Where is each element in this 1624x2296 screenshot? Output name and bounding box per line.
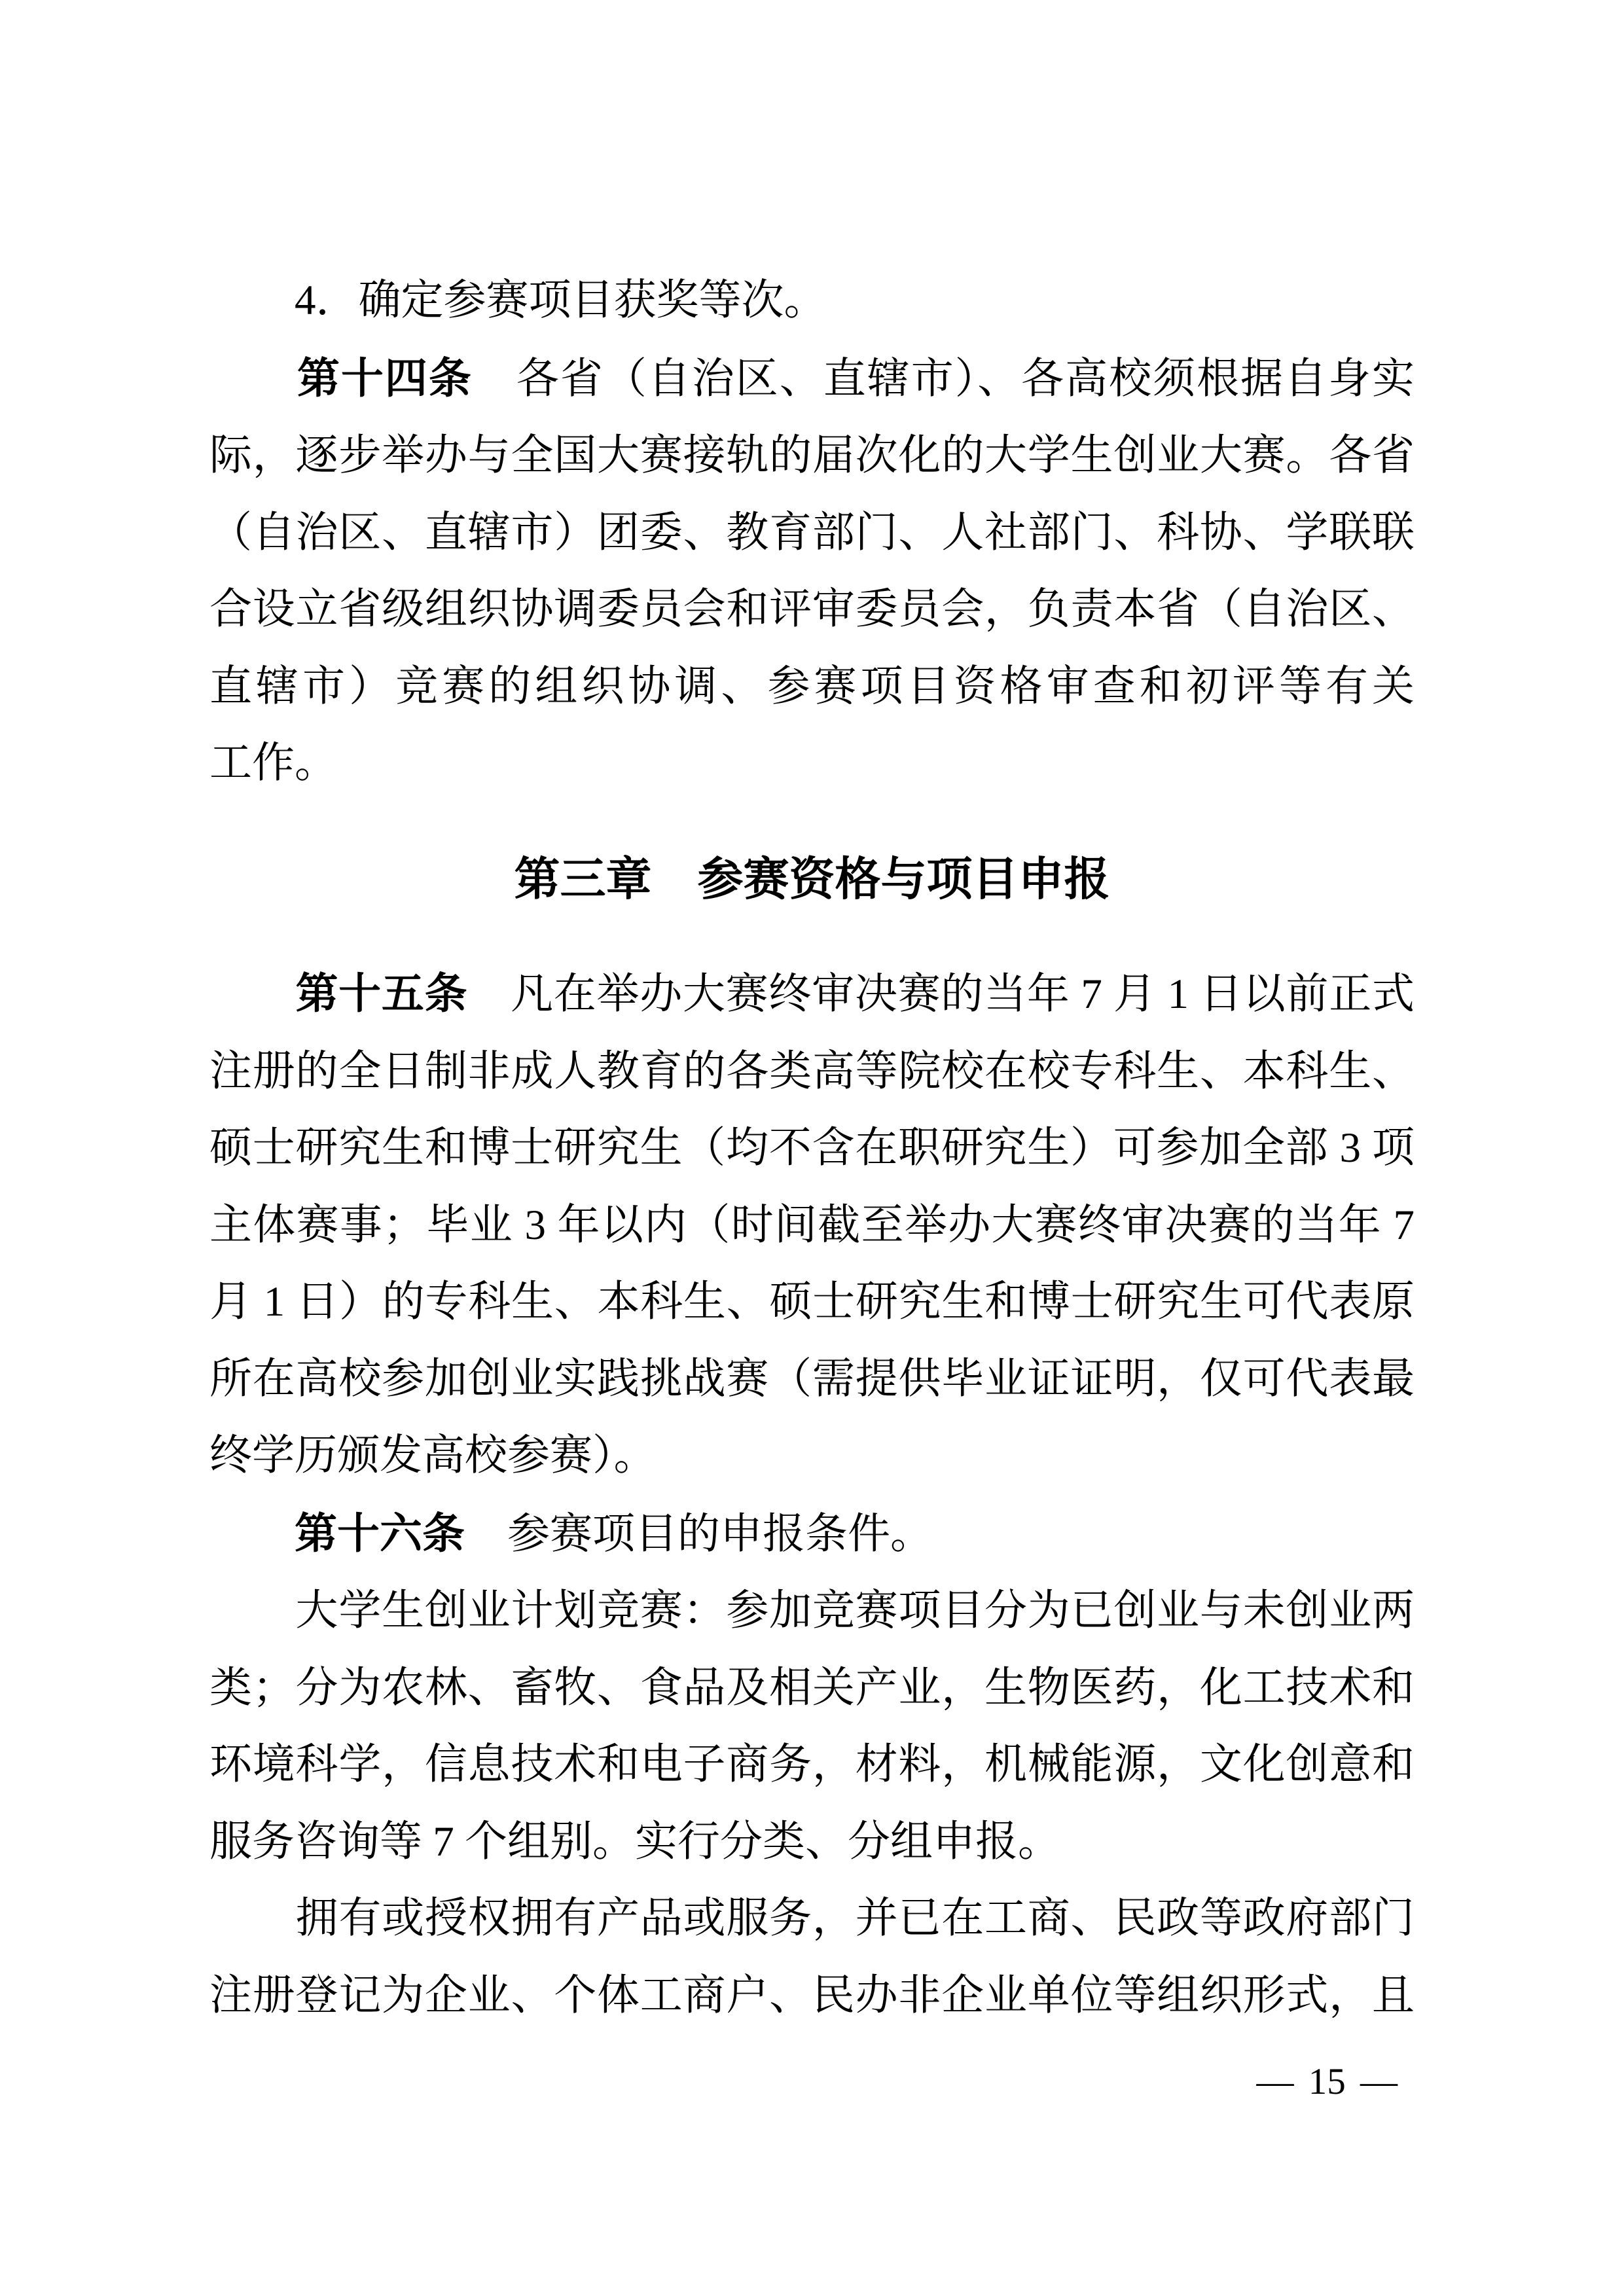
text-segment: 4．确定参赛项目获奖等次。: [209, 277, 827, 324]
text-line: 注册的全日制非成人教育的各类高等院校在校专科生、本科生、: [209, 1033, 1415, 1111]
text-line: 工作。: [209, 725, 1415, 802]
text-segment: 所在高校参加创业实践挑战赛（需提供毕业证证明，仅可代表最: [209, 1355, 1415, 1403]
text-line: 终学历颁发高校参赛）。: [209, 1418, 1415, 1495]
text-segment: 终学历颁发高校参赛）。: [209, 1432, 657, 1479]
text-segment: 各省（自治区、直辖市）、各高校须根据自身实: [473, 355, 1415, 403]
document-page: 4．确定参赛项目获奖等次。 第十四条 各省（自治区、直辖市）、各高校须根据自身实…: [0, 0, 1624, 2296]
text-segment: （自治区、直辖市）团委、教育部门、人社部门、科协、学联联: [209, 509, 1415, 556]
document-body: 4．确定参赛项目获奖等次。 第十四条 各省（自治区、直辖市）、各高校须根据自身实…: [209, 262, 1415, 2034]
text-segment: [209, 1511, 295, 1558]
text-segment: 注册的全日制非成人教育的各类高等院校在校专科生、本科生、: [209, 1048, 1415, 1095]
text-line: 主体赛事；毕业 3 年以内（时间截至举办大赛终审决赛的当年 7: [209, 1187, 1415, 1265]
page-number: — 15 —: [1257, 2063, 1398, 2100]
text-line: 类；分为农林、畜牧、食品及相关产业，生物医药，化工技术和: [209, 1650, 1415, 1727]
text-segment: 参赛项目的申报条件。: [465, 1511, 933, 1558]
text-segment: 工作。: [209, 740, 337, 787]
text-line: 4．确定参赛项目获奖等次。: [209, 262, 1415, 340]
text-segment: 环境科学，信息技术和电子商务，材料，机械能源，文化创意和: [209, 1741, 1415, 1788]
text-line: 硕士研究生和博士研究生（均不含在职研究生）可参加全部 3 项: [209, 1110, 1415, 1187]
text-segment: 凡在举办大赛终审决赛的当年 7 月 1 日以前正式: [467, 971, 1415, 1018]
text-line: 环境科学，信息技术和电子商务，材料，机械能源，文化创意和: [209, 1727, 1415, 1804]
text-segment: 注册登记为企业、个体工商户、民办非企业单位等组织形式，且: [209, 1972, 1415, 2019]
text-segment: 月 1 日）的专科生、本科生、硕士研究生和博士研究生可代表原: [209, 1278, 1415, 1325]
text-line: （自治区、直辖市）团委、教育部门、人社部门、科协、学联联: [209, 495, 1415, 572]
text-segment: 际，逐步举办与全国大赛接轨的届次化的大学生创业大赛。各省: [209, 432, 1415, 479]
text-line: 拥有或授权拥有产品或服务，并已在工商、民政等政府部门: [209, 1880, 1415, 1958]
text-line: 服务咨询等 7 个组别。实行分类、分组申报。: [209, 1804, 1415, 1881]
text-segment: 拥有或授权拥有产品或服务，并已在工商、民政等政府部门: [209, 1895, 1415, 1942]
text-segment: 大学生创业计划竞赛：参加竞赛项目分为已创业与未创业两: [209, 1587, 1415, 1634]
text-line: 第十六条 参赛项目的申报条件。: [209, 1495, 1415, 1573]
text-segment: 服务咨询等 7 个组别。实行分类、分组申报。: [209, 1818, 1060, 1865]
text-line: 第十四条 各省（自治区、直辖市）、各高校须根据自身实: [209, 340, 1415, 418]
text-line: 月 1 日）的专科生、本科生、硕士研究生和博士研究生可代表原: [209, 1264, 1415, 1341]
article-number: 第十五条: [295, 969, 467, 1017]
text-segment: 类；分为农林、畜牧、食品及相关产业，生物医药，化工技术和: [209, 1664, 1415, 1712]
text-line: 第十五条 凡在举办大赛终审决赛的当年 7 月 1 日以前正式: [209, 955, 1415, 1033]
text-line: 所在高校参加创业实践挑战赛（需提供毕业证证明，仅可代表最: [209, 1341, 1415, 1418]
text-line: 际，逐步举办与全国大赛接轨的届次化的大学生创业大赛。各省: [209, 418, 1415, 495]
text-line: 大学生创业计划竞赛：参加竞赛项目分为已创业与未创业两: [209, 1573, 1415, 1650]
text-segment: 合设立省级组织协调委员会和评审委员会，负责本省（自治区、: [209, 586, 1415, 633]
text-segment: 主体赛事；毕业 3 年以内（时间截至举办大赛终审决赛的当年 7: [209, 1202, 1415, 1249]
text-segment: [209, 971, 295, 1018]
text-line: 直辖市）竞赛的组织协调、参赛项目资格审查和初评等有关: [209, 649, 1415, 726]
text-segment: 硕士研究生和博士研究生（均不含在职研究生）可参加全部 3 项: [209, 1124, 1415, 1172]
article-number: 第十四条: [297, 354, 473, 402]
text-segment: 直辖市）竞赛的组织协调、参赛项目资格审查和初评等有关: [209, 663, 1415, 710]
text-line: 注册登记为企业、个体工商户、民办非企业单位等组织形式，且: [209, 1958, 1415, 2035]
article-number: 第十六条: [295, 1509, 465, 1557]
text-line: 合设立省级组织协调委员会和评审委员会，负责本省（自治区、: [209, 571, 1415, 649]
chapter-heading: 第三章 参赛资格与项目申报: [209, 842, 1415, 919]
text-segment: [209, 355, 297, 403]
